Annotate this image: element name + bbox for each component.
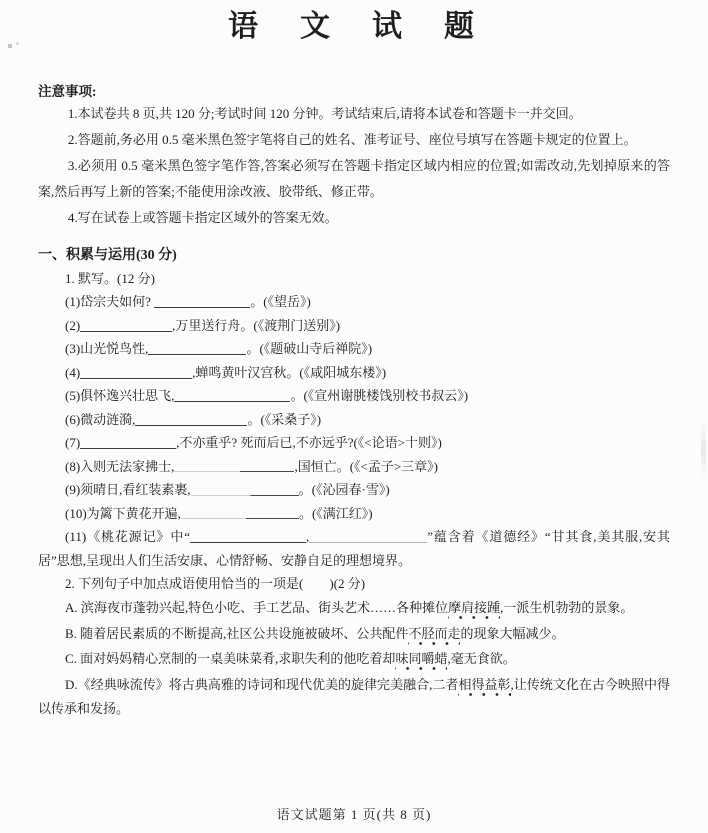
answer-blank (174, 389, 290, 402)
item-number: (8) (65, 459, 80, 474)
notice-item-4: 4.写在试卷上或答题卡指定区域外的答案无效。 (38, 205, 670, 231)
recite-item-4: (4),蝉鸣黄叶汉宫秋。(《咸阳城东楼》) (65, 361, 670, 385)
item-number: (2) (65, 318, 80, 333)
question-2-option-a: A. 滨海夜市蓬勃兴起,特色小吃、手工艺品、街头艺术……各种摊位摩肩接踵,一派生… (38, 596, 670, 621)
recite-item-6: (6)微动涟漪,。(《采桑子》) (65, 408, 670, 432)
notice-item-2: 2.答题前,务必用 0.5 毫米黑色签字笔将自己的姓名、准考证号、座位号填写在答… (38, 127, 670, 153)
notice-item-1: 1.本试卷共 8 页,共 120 分;考试时间 120 分钟。考试结束后,请将本… (38, 101, 670, 127)
option-label: A. (65, 600, 78, 615)
page-title: 语 文 试 题 (38, 6, 670, 48)
answer-blank (309, 530, 427, 543)
answer-blank (80, 366, 192, 379)
recite-item-7: (7),不亦重乎? 死而后已,不亦远乎?(《<论语>十则》) (65, 431, 670, 455)
item-number: (6) (65, 412, 80, 427)
recite-item-8: (8)入则无法家拂士,,国恒亡。(《<孟子>三章》) (65, 455, 670, 479)
question-2-stem: 2. 下列句子中加点成语使用恰当的一项是( )(2 分) (38, 572, 670, 595)
question-1-stem: 1. 默写。(12 分) (65, 267, 670, 290)
item-number: (3) (65, 341, 80, 356)
answer-blank (135, 413, 247, 426)
option-label: B. (65, 626, 77, 641)
answer-blank (174, 461, 294, 473)
emphasized-idiom: 相得益彰 (458, 677, 510, 697)
emphasized-idiom: 味同嚼蜡 (395, 651, 447, 671)
item-number: (5) (65, 388, 80, 403)
item-number: (11) (65, 529, 86, 544)
item-number: (10) (65, 506, 87, 521)
option-label: C. (65, 651, 77, 666)
scan-artifact-smudge (701, 420, 706, 480)
recite-item-9: (9)须晴日,看红装素裹,。(《沁园春·雪》) (65, 478, 670, 502)
exam-paper-page: 语 文 试 题 注意事项: 1.本试卷共 8 页,共 120 分;考试时间 12… (0, 0, 708, 833)
page-footer: 语文试题第 1 页(共 8 页) (0, 804, 708, 823)
notice-heading: 注意事项: (38, 82, 670, 101)
answer-blank (154, 295, 250, 308)
recite-item-3: (3)山光悦鸟性,。(《题破山寺后禅院》) (65, 337, 670, 361)
answer-blank (181, 508, 299, 520)
answer-blank (80, 436, 176, 449)
recite-item-10: (10)为篱下黄花开遍,。(《满江红》) (65, 502, 670, 526)
question-2-option-b: B. 随着居民素质的不断提高,社区公共设施被破坏、公共配件不胫而走的现象大幅减少… (38, 622, 670, 647)
recite-item-11: (11)《桃花源记》中“,”蕴含着《道德经》“甘其食,美其服,安其居”思想,呈现… (38, 525, 670, 572)
answer-blank (80, 319, 172, 332)
answer-blank (190, 530, 306, 543)
answer-blank (148, 342, 246, 355)
emphasized-idiom: 不胫而走 (408, 626, 460, 646)
notice-item-3: 3.必须用 0.5 毫米黑色签字笔作答,答案必须写在答题卡指定区域内相应的位置;… (38, 153, 670, 205)
scan-artifact-dot (8, 44, 12, 48)
item-number: (7) (65, 435, 80, 450)
item-number: (1) (65, 294, 80, 309)
item-number: (4) (65, 365, 80, 380)
option-label: D. (65, 677, 78, 692)
section-1-heading: 一、积累与运用(30 分) (38, 244, 670, 267)
recite-item-2: (2),万里送行舟。(《渡荆门送别》) (65, 314, 670, 338)
item-number: (9) (65, 482, 80, 497)
question-2-option-d: D.《经典咏流传》将古典高雅的诗词和现代优美的旋律完美融合,二者相得益彰,让传统… (38, 673, 670, 722)
emphasized-idiom: 摩肩接踵 (448, 600, 500, 620)
recite-item-5: (5)俱怀逸兴壮思飞,。(《宣州谢朓楼饯别校书叔云》) (65, 384, 670, 408)
answer-blank (191, 484, 299, 496)
question-2-option-c: C. 面对妈妈精心烹制的一桌美味菜肴,求职失利的他吃着却味同嚼蜡,毫无食欲。 (38, 647, 670, 672)
scan-artifact-dot (16, 42, 19, 45)
recite-item-1: (1)岱宗夫如何? 。(《望岳》) (65, 290, 670, 314)
